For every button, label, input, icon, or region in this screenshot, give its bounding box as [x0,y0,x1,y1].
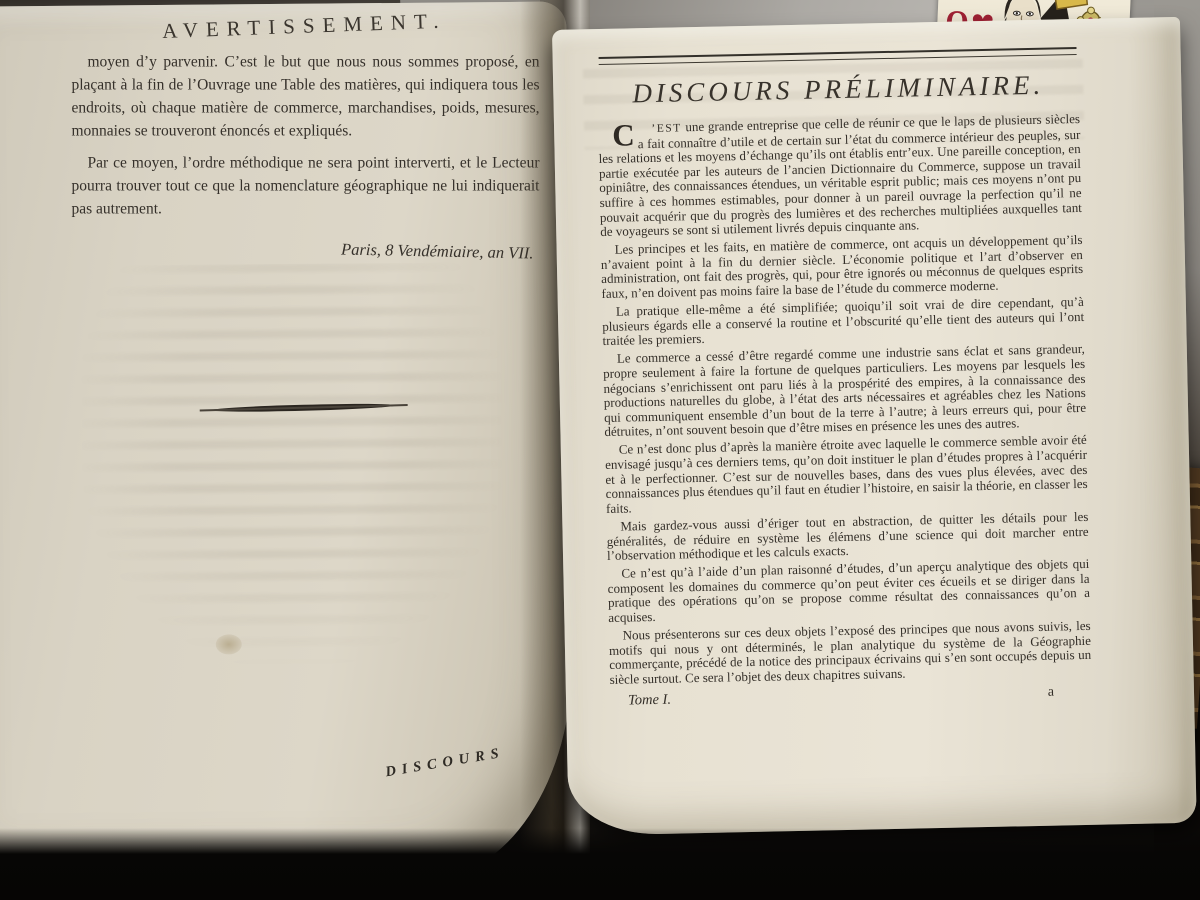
paragraph: La pratique elle-même a été simplifiée; … [602,295,1085,349]
paragraph: Ce n’est qu’à l’aide d’un plan raisonné … [607,557,1090,625]
bottom-shadow [0,828,1200,900]
paragraph: Par ce moyen, l’ordre méthodique ne sera… [71,152,539,221]
paragraph: Nous présenterons sur ces deux objets l’… [609,619,1092,687]
discours-body: C’EST une grande entreprise que celle de… [598,112,1092,687]
paragraph-with-dropcap: C’EST une grande entreprise que celle de… [598,112,1082,240]
right-page-text-block: DISCOURS PRÉLIMINAIRE. C’EST une grande … [597,47,1093,710]
book-photo-scene: Q ♥ [0,0,1200,900]
show-through-text [80,262,503,666]
right-page: DISCOURS PRÉLIMINAIRE. C’EST une grande … [552,17,1197,836]
paper-stain [216,634,242,654]
left-page-text-block: AVERTISSEMENT. moyen d’y parvenir. C’est… [70,10,540,262]
page-footer: Tome I. a [610,683,1092,710]
paragraph: Le commerce a cessé d’être regardé comme… [603,342,1087,440]
tome-label: Tome I. [628,692,671,710]
discours-title: DISCOURS PRÉLIMINAIRE. [597,69,1080,110]
left-page: AVERTISSEMENT. moyen d’y parvenir. C’est… [0,1,574,884]
paragraph: Ce n’est donc plus d’après la manière ét… [605,433,1088,516]
paragraph: Les principes et les faits, en matière d… [600,233,1083,301]
avertissement-body: moyen d’y parvenir. C’est le but que nou… [71,51,539,260]
dateline: Paris, 8 Vendémiaire, an VII. [71,232,539,265]
paragraph: Mais gardez-vous aussi d’ériger tout en … [606,510,1089,564]
smallcaps-lead: ’EST [651,122,682,135]
paragraph: moyen d’y parvenir. C’est le but que nou… [71,51,539,143]
avertissement-title: AVERTISSEMENT. [70,5,539,47]
catchword: DISCOURS [384,745,506,782]
drop-cap: C [598,121,638,148]
signature-mark: a [1048,685,1055,701]
double-rule [599,47,1077,65]
